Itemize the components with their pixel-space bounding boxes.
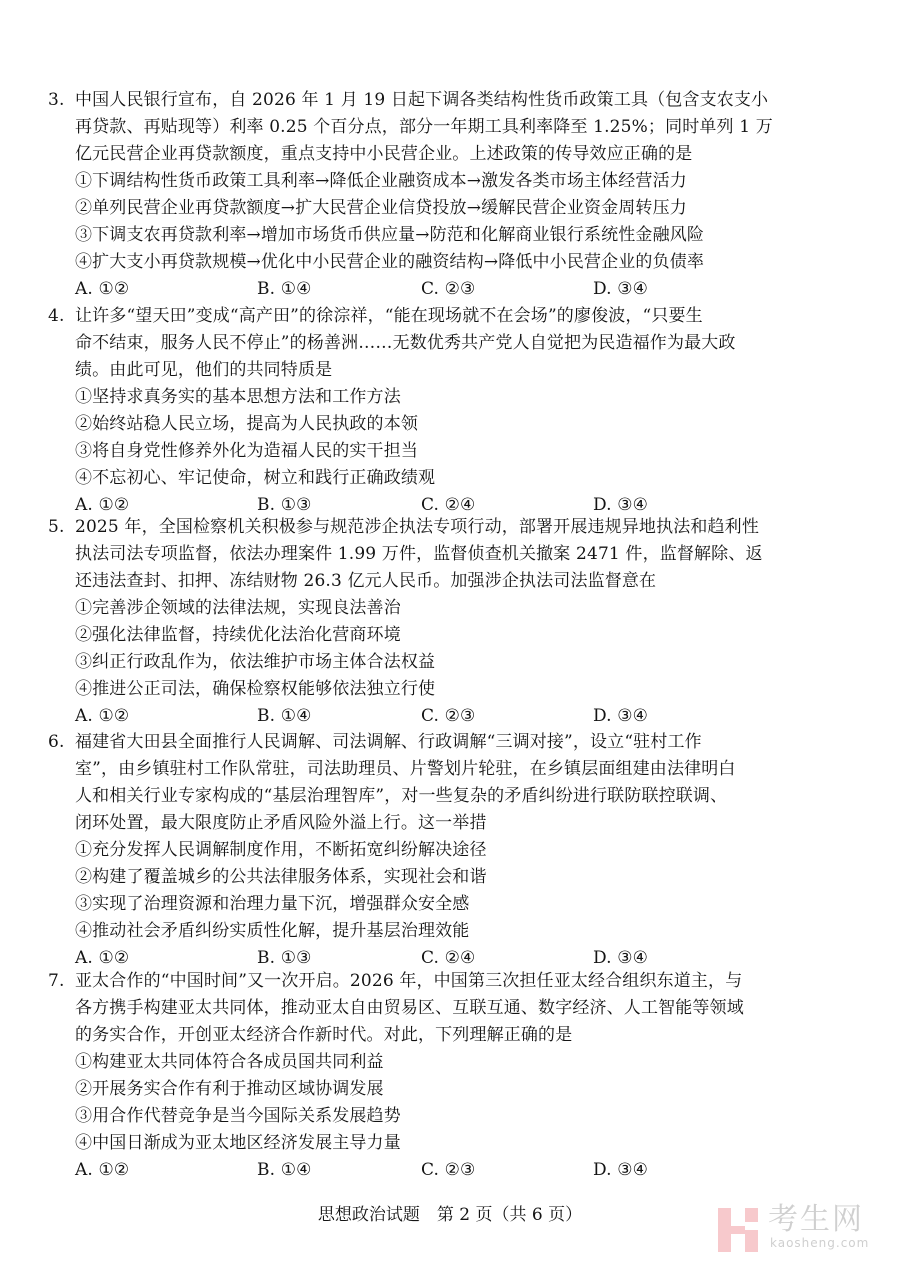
option-c[interactable]: C. ②③	[421, 703, 475, 730]
statement-4: ④中国日渐成为亚太地区经济发展主导力量	[48, 1130, 793, 1157]
watermark-name: 考生网	[768, 1202, 864, 1238]
question-stem-line: 3. 中国人民银行宣布，自 2026 年 1 月 19 日起下调各类结构性货币政…	[48, 87, 793, 114]
question-stem-line: 4. 让许多“望天田”变成“高产田”的徐淙祥，“能在现场就不在会场”的廖俊波，“…	[48, 303, 793, 330]
exam-page: 3. 中国人民银行宣布，自 2026 年 1 月 19 日起下调各类结构性货币政…	[0, 0, 900, 1273]
option-c[interactable]: C. ②③	[421, 1157, 475, 1184]
question-5: 5. 2025 年，全国检察机关积极参与规范涉企执法专项行动，部署开展违规异地执…	[48, 514, 793, 730]
statement-4: ④扩大支小再贷款规模→优化中小民营企业的融资结构→降低中小民营企业的负债率	[48, 249, 793, 276]
statement-4: ④不忘初心、牢记使命，树立和践行正确政绩观	[48, 465, 793, 492]
statement-1: ①坚持求真务实的基本思想方法和工作方法	[48, 384, 793, 411]
option-c[interactable]: C. ②③	[421, 276, 475, 303]
watermark-domain: kaosheng.com	[770, 1236, 869, 1250]
statement-1: ①构建亚太共同体符合各成员国共同利益	[48, 1049, 793, 1076]
options-row: A. ①② B. ①④ C. ②③ D. ③④	[48, 1157, 793, 1184]
statement-4: ④推进公正司法，确保检察权能够依法独立行使	[48, 676, 793, 703]
option-d[interactable]: D. ③④	[593, 1157, 648, 1184]
question-stem-line: 执法司法专项监督，依法办理案件 1.99 万件，监督侦查机关撤案 2471 件，…	[48, 541, 793, 568]
statement-2: ②构建了覆盖城乡的公共法律服务体系，实现社会和谐	[48, 864, 793, 891]
statement-2: ②开展务实合作有利于推动区域协调发展	[48, 1076, 793, 1103]
question-stem-line: 各方携手构建亚太共同体，推动亚太自由贸易区、互联互通、数字经济、人工智能等领域	[48, 995, 793, 1022]
question-number: 6.	[48, 729, 74, 756]
option-b[interactable]: B. ①④	[257, 276, 312, 303]
question-stem-line: 还违法查封、扣押、冻结财物 26.3 亿元人民币。加强涉企执法司法监督意在	[48, 568, 793, 595]
question-stem-line: 的务实合作，开创亚太经济合作新时代。对此，下列理解正确的是	[48, 1022, 793, 1049]
question-6: 6. 福建省大田县全面推行人民调解、司法调解、行政调解“三调对接”，设立“驻村工…	[48, 729, 793, 972]
statement-3: ③实现了治理资源和治理力量下沉，增强群众安全感	[48, 891, 793, 918]
options-row: A. ①② B. ①④ C. ②③ D. ③④	[48, 276, 793, 303]
question-stem-line: 命不结束，服务人民不停止”的杨善洲……无数优秀共产党人自觉把为民造福作为最大政	[48, 330, 793, 357]
question-stem-line: 室”，由乡镇驻村工作队常驻，司法助理员、片警划片轮驻，在乡镇层面组建由法律明白	[48, 756, 793, 783]
statement-4: ④推动社会矛盾纠纷实质性化解，提升基层治理效能	[48, 918, 793, 945]
statement-2: ②始终站稳人民立场，提高为人民执政的本领	[48, 411, 793, 438]
statement-2: ②单列民营企业再贷款额度→扩大民营企业信贷投放→缓解民营企业资金周转压力	[48, 195, 793, 222]
question-number: 3.	[48, 87, 74, 114]
question-7: 7. 亚太合作的“中国时间”又一次开启。2026 年，中国第三次担任亚太经合组织…	[48, 968, 793, 1184]
option-a[interactable]: A. ①②	[75, 276, 129, 303]
option-d[interactable]: D. ③④	[593, 703, 648, 730]
statement-1: ①下调结构性货币政策工具利率→降低企业融资成本→激发各类市场主体经营活力	[48, 168, 793, 195]
statement-3: ③将自身党性修养外化为造福人民的实干担当	[48, 438, 793, 465]
statement-1: ①完善涉企领域的法律法规，实现良法善治	[48, 595, 793, 622]
question-stem-line: 绩。由此可见，他们的共同特质是	[48, 357, 793, 384]
option-a[interactable]: A. ①②	[75, 1157, 129, 1184]
question-stem-line: 7. 亚太合作的“中国时间”又一次开启。2026 年，中国第三次担任亚太经合组织…	[48, 968, 793, 995]
question-stem-line: 5. 2025 年，全国检察机关积极参与规范涉企执法专项行动，部署开展违规异地执…	[48, 514, 793, 541]
question-3: 3. 中国人民银行宣布，自 2026 年 1 月 19 日起下调各类结构性货币政…	[48, 87, 793, 303]
option-b[interactable]: B. ①④	[257, 1157, 312, 1184]
question-number: 7.	[48, 968, 74, 995]
kaosheng-logo-icon	[718, 1208, 758, 1252]
question-stem-line: 再贷款、再贴现等）利率 0.25 个百分点，部分一年期工具利率降至 1.25%；…	[48, 114, 793, 141]
statement-3: ③纠正行政乱作为，依法维护市场主体合法权益	[48, 649, 793, 676]
question-number: 5.	[48, 514, 74, 541]
option-a[interactable]: A. ①②	[75, 703, 129, 730]
options-row: A. ①② B. ①④ C. ②③ D. ③④	[48, 703, 793, 730]
question-stem-line: 人和相关行业专家构成的“基层治理智库”，对一些复杂的矛盾纠纷进行联防联控联调、	[48, 783, 793, 810]
statement-1: ①充分发挥人民调解制度作用，不断拓宽纠纷解决途径	[48, 837, 793, 864]
question-stem-line: 闭环处置，最大限度防止矛盾风险外溢上行。这一举措	[48, 810, 793, 837]
statement-3: ③下调支农再贷款利率→增加市场货币供应量→防范和化解商业银行系统性金融风险	[48, 222, 793, 249]
question-stem-line: 6. 福建省大田县全面推行人民调解、司法调解、行政调解“三调对接”，设立“驻村工…	[48, 729, 793, 756]
question-stem-line: 亿元民营企业再贷款额度，重点支持中小民营企业。上述政策的传导效应正确的是	[48, 141, 793, 168]
statement-2: ②强化法律监督，持续优化法治化营商环境	[48, 622, 793, 649]
statement-3: ③用合作代替竞争是当今国际关系发展趋势	[48, 1103, 793, 1130]
option-d[interactable]: D. ③④	[593, 276, 648, 303]
watermark: 考生网 kaosheng.com	[718, 1202, 888, 1262]
question-number: 4.	[48, 303, 74, 330]
option-b[interactable]: B. ①④	[257, 703, 312, 730]
question-4: 4. 让许多“望天田”变成“高产田”的徐淙祥，“能在现场就不在会场”的廖俊波，“…	[48, 303, 793, 519]
